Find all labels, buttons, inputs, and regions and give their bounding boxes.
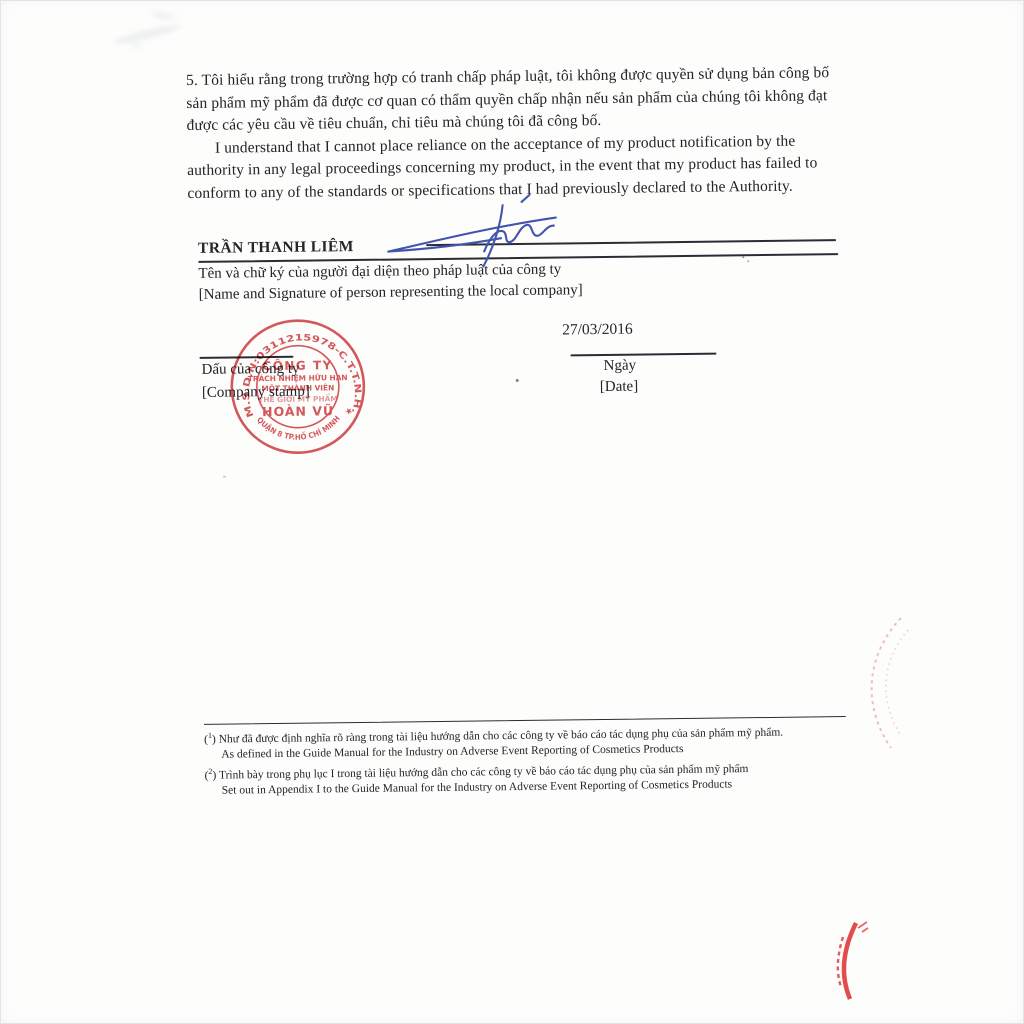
- footnote-marker: (1): [204, 734, 216, 746]
- clause-5-vietnamese: 5. Tôi hiểu rằng trong trường hợp có tra…: [186, 62, 841, 137]
- scanned-content: 5. Tôi hiểu rằng trong trường hợp có tra…: [0, 0, 1024, 1024]
- stamp-company-line-3: MỘT THÀNH VIÊN: [261, 383, 334, 393]
- signature-flourish: [388, 218, 556, 252]
- clause-5: 5. Tôi hiểu rằng trong trường hợp có tra…: [186, 62, 842, 205]
- date-label-vi: Ngày: [603, 358, 636, 375]
- date-label-en: [Date]: [600, 379, 639, 396]
- document-page: 5. Tôi hiểu rằng trong trường hợp có tra…: [0, 0, 1024, 1024]
- ink-speck: [747, 260, 749, 262]
- ink-speck: [742, 256, 744, 258]
- signature-accent: [521, 195, 529, 202]
- signatory-name: TRẦN THANH LIÊM: [198, 238, 354, 258]
- partial-stamp-mark: [812, 915, 877, 1005]
- date-line: [570, 353, 716, 356]
- company-stamp: M.S.D.N:0311215978-C.T.T.N.H.H QUẬN 8 TP…: [226, 315, 370, 459]
- ink-speck: [223, 476, 226, 478]
- stamp-company-line-2: TRÁCH NHIỆM HỮU HẠN: [248, 373, 348, 383]
- footnotes: (1) Như đã được định nghĩa rõ ràng trong…: [204, 720, 857, 800]
- footnote-item: (2) Trình bày trong phụ lục I trong tài …: [204, 756, 856, 800]
- date-value: 27/03/2016: [562, 321, 633, 340]
- stamp-company-line-5: HOÀN VŨ: [262, 403, 334, 419]
- stamp-company-line-1: CÔNG TY: [262, 357, 333, 373]
- ink-speck: [516, 379, 519, 382]
- partial-stamp-arc: [845, 612, 915, 752]
- footnote-marker: (2): [204, 769, 216, 781]
- signature-caption-en: [Name and Signature of person representi…: [199, 282, 583, 304]
